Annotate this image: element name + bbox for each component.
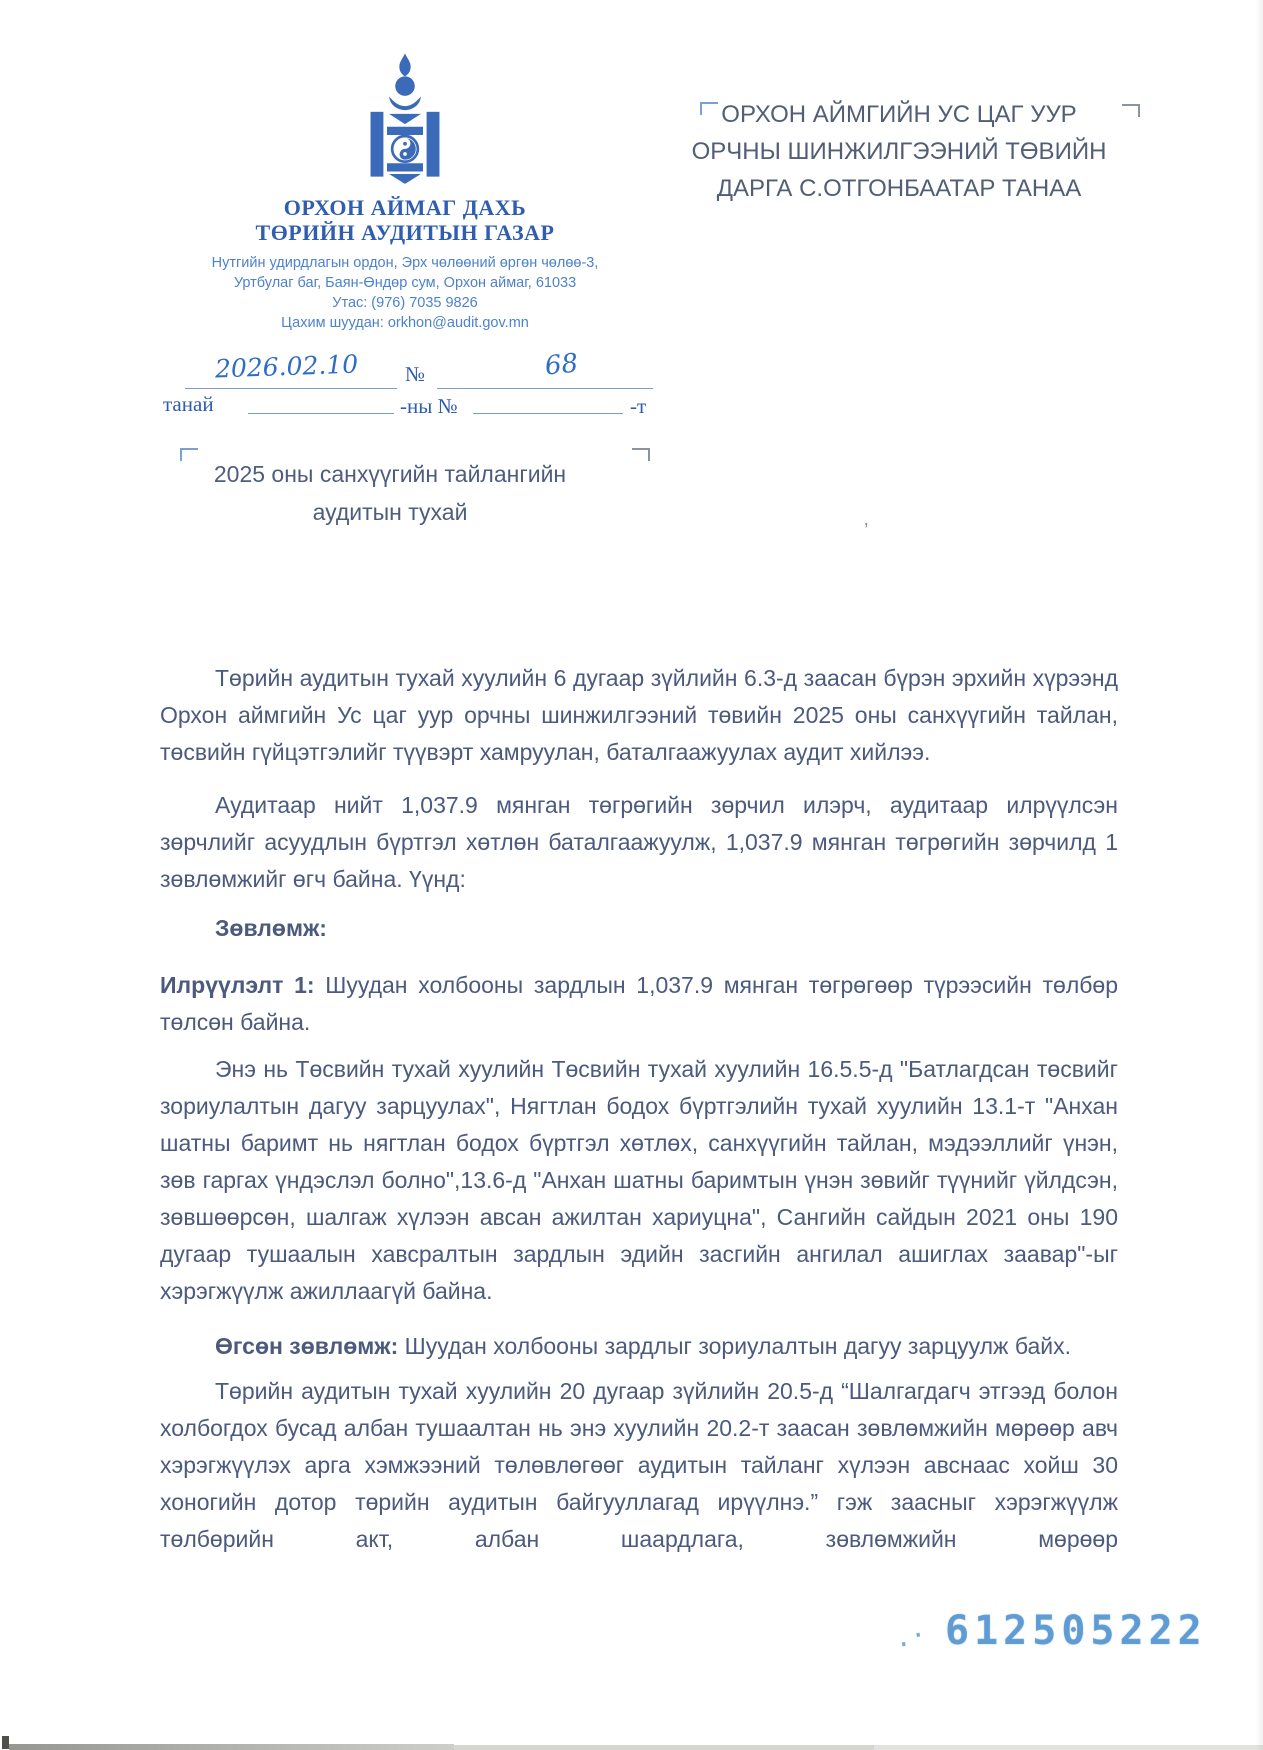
handwritten-date: 2026.02.10 <box>215 350 359 384</box>
recipient-line3: ДАРГА С.ОТГОНБААТАР ТАНАА <box>660 170 1138 207</box>
scan-edge-shade <box>1255 0 1263 1750</box>
recipient-line2: ОРЧНЫ ШИНЖИЛГЭЭНИЙ ТӨВИЙН <box>660 133 1138 170</box>
title-line2: аудитын тухай <box>150 493 630 531</box>
org-name-line1: ОРХОН АЙМАГ ДАХЬ <box>140 195 670 220</box>
number-underline <box>437 388 653 389</box>
org-address: Нутгийн удирдлагын ордон, Эрх чөлөөний ө… <box>140 253 670 333</box>
date-underline <box>185 388 397 389</box>
given-recommendation-text: Шуудан холбооны зардлыг зориулалтын дагу… <box>398 1333 1071 1359</box>
org-name: ОРХОН АЙМАГ ДАХЬ ТӨРИЙН АУДИТЫН ГАЗАР <box>140 195 670 245</box>
paragraph-finding-1: Илрүүлэлт 1: Шуудан холбооны зардлын 1,0… <box>160 967 1118 1041</box>
paragraph-legal-basis: Энэ нь Төсвийн тухай хуулийн Төсвийн тух… <box>160 1051 1118 1310</box>
given-recommendation-label: Өгсөн зөвлөмж: <box>215 1333 398 1359</box>
your-no-label: -ны № <box>400 394 458 419</box>
org-name-line2: ТӨРИЙН АУДИТЫН ГАЗАР <box>140 220 670 245</box>
recipient-line1: ОРХОН АЙМГИЙН УС ЦАГ УУР <box>660 96 1138 133</box>
handwritten-number: 68 <box>544 348 580 381</box>
paragraph-audit-scope: Төрийн аудитын тухай хуулийн 6 дугаар зү… <box>160 660 1118 771</box>
letter-body: Төрийн аудитын тухай хуулийн 6 дугаар зү… <box>160 660 1118 1558</box>
title-line1: 2025 оны санхүүгийн тайлангийн <box>150 455 630 493</box>
address-line4: Цахим шуудан: orkhon@audit.gov.mn <box>140 313 670 333</box>
recommendation-heading: Зөвлөмж: <box>160 910 1118 947</box>
scan-artifact <box>874 1745 1263 1750</box>
paragraph-given-recommendation: Өгсөн зөвлөмж: Шуудан холбооны зардлыг з… <box>160 1328 1118 1365</box>
scan-artifact <box>2 1736 9 1749</box>
stamp-ink-mark: .· <box>893 1620 928 1654</box>
address-line3: Утас: (976) 7035 9826 <box>140 293 670 313</box>
to-suffix: -т <box>630 394 646 419</box>
paragraph-audit-findings-total: Аудитаар нийт 1,037.9 мянган төгрөгийн з… <box>160 787 1118 898</box>
number-sign: № <box>405 362 425 387</box>
your-ref-underline <box>248 413 394 414</box>
registration-stamp-number: 612505222 <box>945 1608 1207 1654</box>
document-title: 2025 оны санхүүгийн тайлангийн аудитын т… <box>150 455 630 531</box>
address-line1: Нутгийн удирдлагын ордон, Эрх чөлөөний ө… <box>140 253 670 273</box>
pen-tick-mark: ’ <box>864 520 868 543</box>
scan-artifact <box>454 1745 874 1750</box>
your-label: танай <box>163 392 214 417</box>
scan-artifact <box>9 1744 454 1750</box>
address-line2: Уртбулаг баг, Баян-Өндөр сум, Орхон айма… <box>140 273 670 293</box>
your-number-underline <box>473 413 623 414</box>
soyombo-emblem-icon <box>369 52 441 184</box>
paragraph-follow-up: Төрийн аудитын тухай хуулийн 20 дугаар з… <box>160 1373 1118 1558</box>
letterhead: ОРХОН АЙМАГ ДАХЬ ТӨРИЙН АУДИТЫН ГАЗАР Ну… <box>140 52 670 333</box>
finding-1-label: Илрүүлэлт 1: <box>160 972 315 998</box>
scanned-letter-page: ОРХОН АЙМАГ ДАХЬ ТӨРИЙН АУДИТЫН ГАЗАР Ну… <box>0 0 1263 1750</box>
recipient-block: ОРХОН АЙМГИЙН УС ЦАГ УУР ОРЧНЫ ШИНЖИЛГЭЭ… <box>660 96 1138 207</box>
corner-mark-close-icon <box>632 448 650 461</box>
